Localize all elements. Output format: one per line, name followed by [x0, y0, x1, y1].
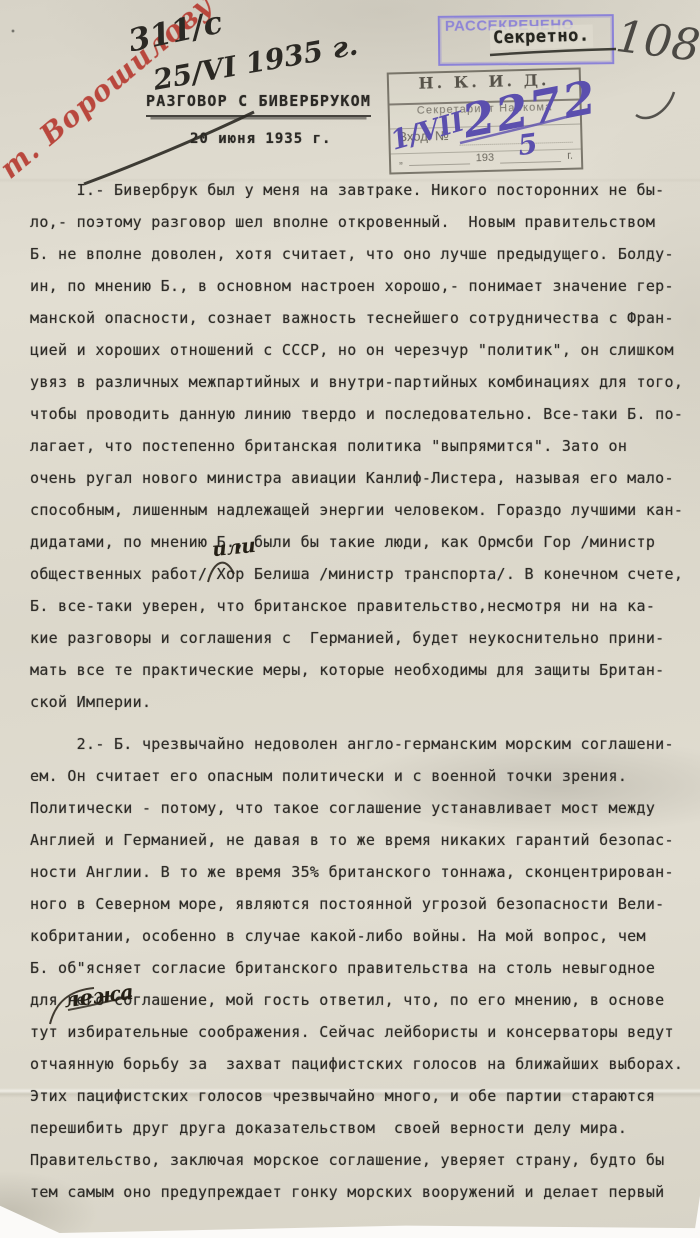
typed-line: тем самым оно предупреждает гонку морски…: [30, 1176, 690, 1208]
typed-line: ем. Он считает его опасным политически и…: [30, 760, 690, 792]
typed-line: Этих пацифистских голосов чрезвычайно мн…: [30, 1080, 690, 1112]
year-printed: 193: [476, 152, 495, 168]
typed-line: общественных работ/ Хор Белиша /министр …: [30, 558, 690, 590]
paper-sheet: т. Ворошилову 311/с 25/VI 1935 г. 108 РА…: [0, 0, 700, 1238]
declassified-stamp: РАССЕКРЕЧЕНО Секретно.: [438, 14, 615, 66]
typed-line: Б. все-таки уверен, что британское прави…: [30, 590, 690, 622]
typed-line: дидатами, по мнению Б., были бы такие лю…: [30, 526, 690, 558]
year-suffix: г.: [567, 150, 573, 166]
page-number-pencil: 108: [613, 11, 700, 72]
ref-number-handwritten: 311/с: [125, 5, 225, 60]
typed-line: тут избирательные соображения. Сейчас ле…: [30, 1016, 690, 1048]
typed-line: ного в Северном море, являются постоянно…: [30, 888, 690, 920]
typed-line: Правительство, заключая морское соглашен…: [30, 1144, 690, 1176]
typed-line: способным, лишенным надлежащей энергии ч…: [30, 494, 690, 526]
typed-line: ин, по мнению Б., в основном настроен хо…: [30, 270, 690, 302]
typed-line: ности Англии. В то же время 35% британск…: [30, 856, 690, 888]
typed-line: I.- Бивербрук был у меня на завтраке. Ни…: [30, 174, 690, 206]
typed-line: 2.- Б. чрезвычайно недоволен англо-герма…: [30, 728, 690, 760]
typed-line: лагает, что постепенно британская полити…: [30, 430, 690, 462]
insertion-word-or: или: [211, 533, 257, 561]
typed-line: мать все те практические меры, которые н…: [30, 654, 690, 686]
date-open-quote: „: [399, 154, 403, 170]
typed-line: увяз в различных межпартийных и внутри-п…: [30, 366, 690, 398]
typed-line: Политически - потому, что такое соглашен…: [30, 792, 690, 824]
typed-line: очень ругал нового министра авиации Канл…: [30, 462, 690, 494]
typed-line: Англией и Германией, не давая в то же вр…: [30, 824, 690, 856]
typed-line: чтобы проводить данную линию твердо и по…: [30, 398, 690, 430]
paragraph-1: I.- Бивербрук был у меня на завтраке. Ни…: [30, 174, 690, 718]
typed-line: ло,- поэтому разговор шел вполне открове…: [30, 206, 690, 238]
paragraph-2: 2.- Б. чрезвычайно недоволен англо-герма…: [30, 728, 690, 1208]
secrecy-label: Секретно.: [490, 24, 593, 50]
typed-line: Б. не вполне доволен, хотя считает, что …: [30, 238, 690, 270]
document-date: 20 июня 1935 г.: [190, 131, 331, 147]
typed-line: отчаянную борьбу за захват пацифистских …: [30, 1048, 690, 1080]
document-body: I.- Бивербрук был у меня на завтраке. Ни…: [30, 174, 690, 1208]
page-number-flourish: [636, 92, 674, 118]
document-title: РАЗГОВОР С БИВЕРБРУКОМ: [146, 92, 371, 117]
date-line: [409, 152, 470, 166]
typed-line: цией и хороших отношений с СССР, но он ч…: [30, 334, 690, 366]
typed-line: манской опасности, сознает важность тесн…: [30, 302, 690, 334]
typed-line: кобритании, особенно в случае какой-либо…: [30, 920, 690, 952]
scanned-document: т. Ворошилову 311/с 25/VI 1935 г. 108 РА…: [0, 0, 700, 1238]
typed-line: кие разговоры и соглашения с Германией, …: [30, 622, 690, 654]
typed-line: ской Империи.: [30, 686, 690, 718]
typed-line: перешибить друг друга доказательством св…: [30, 1112, 690, 1144]
